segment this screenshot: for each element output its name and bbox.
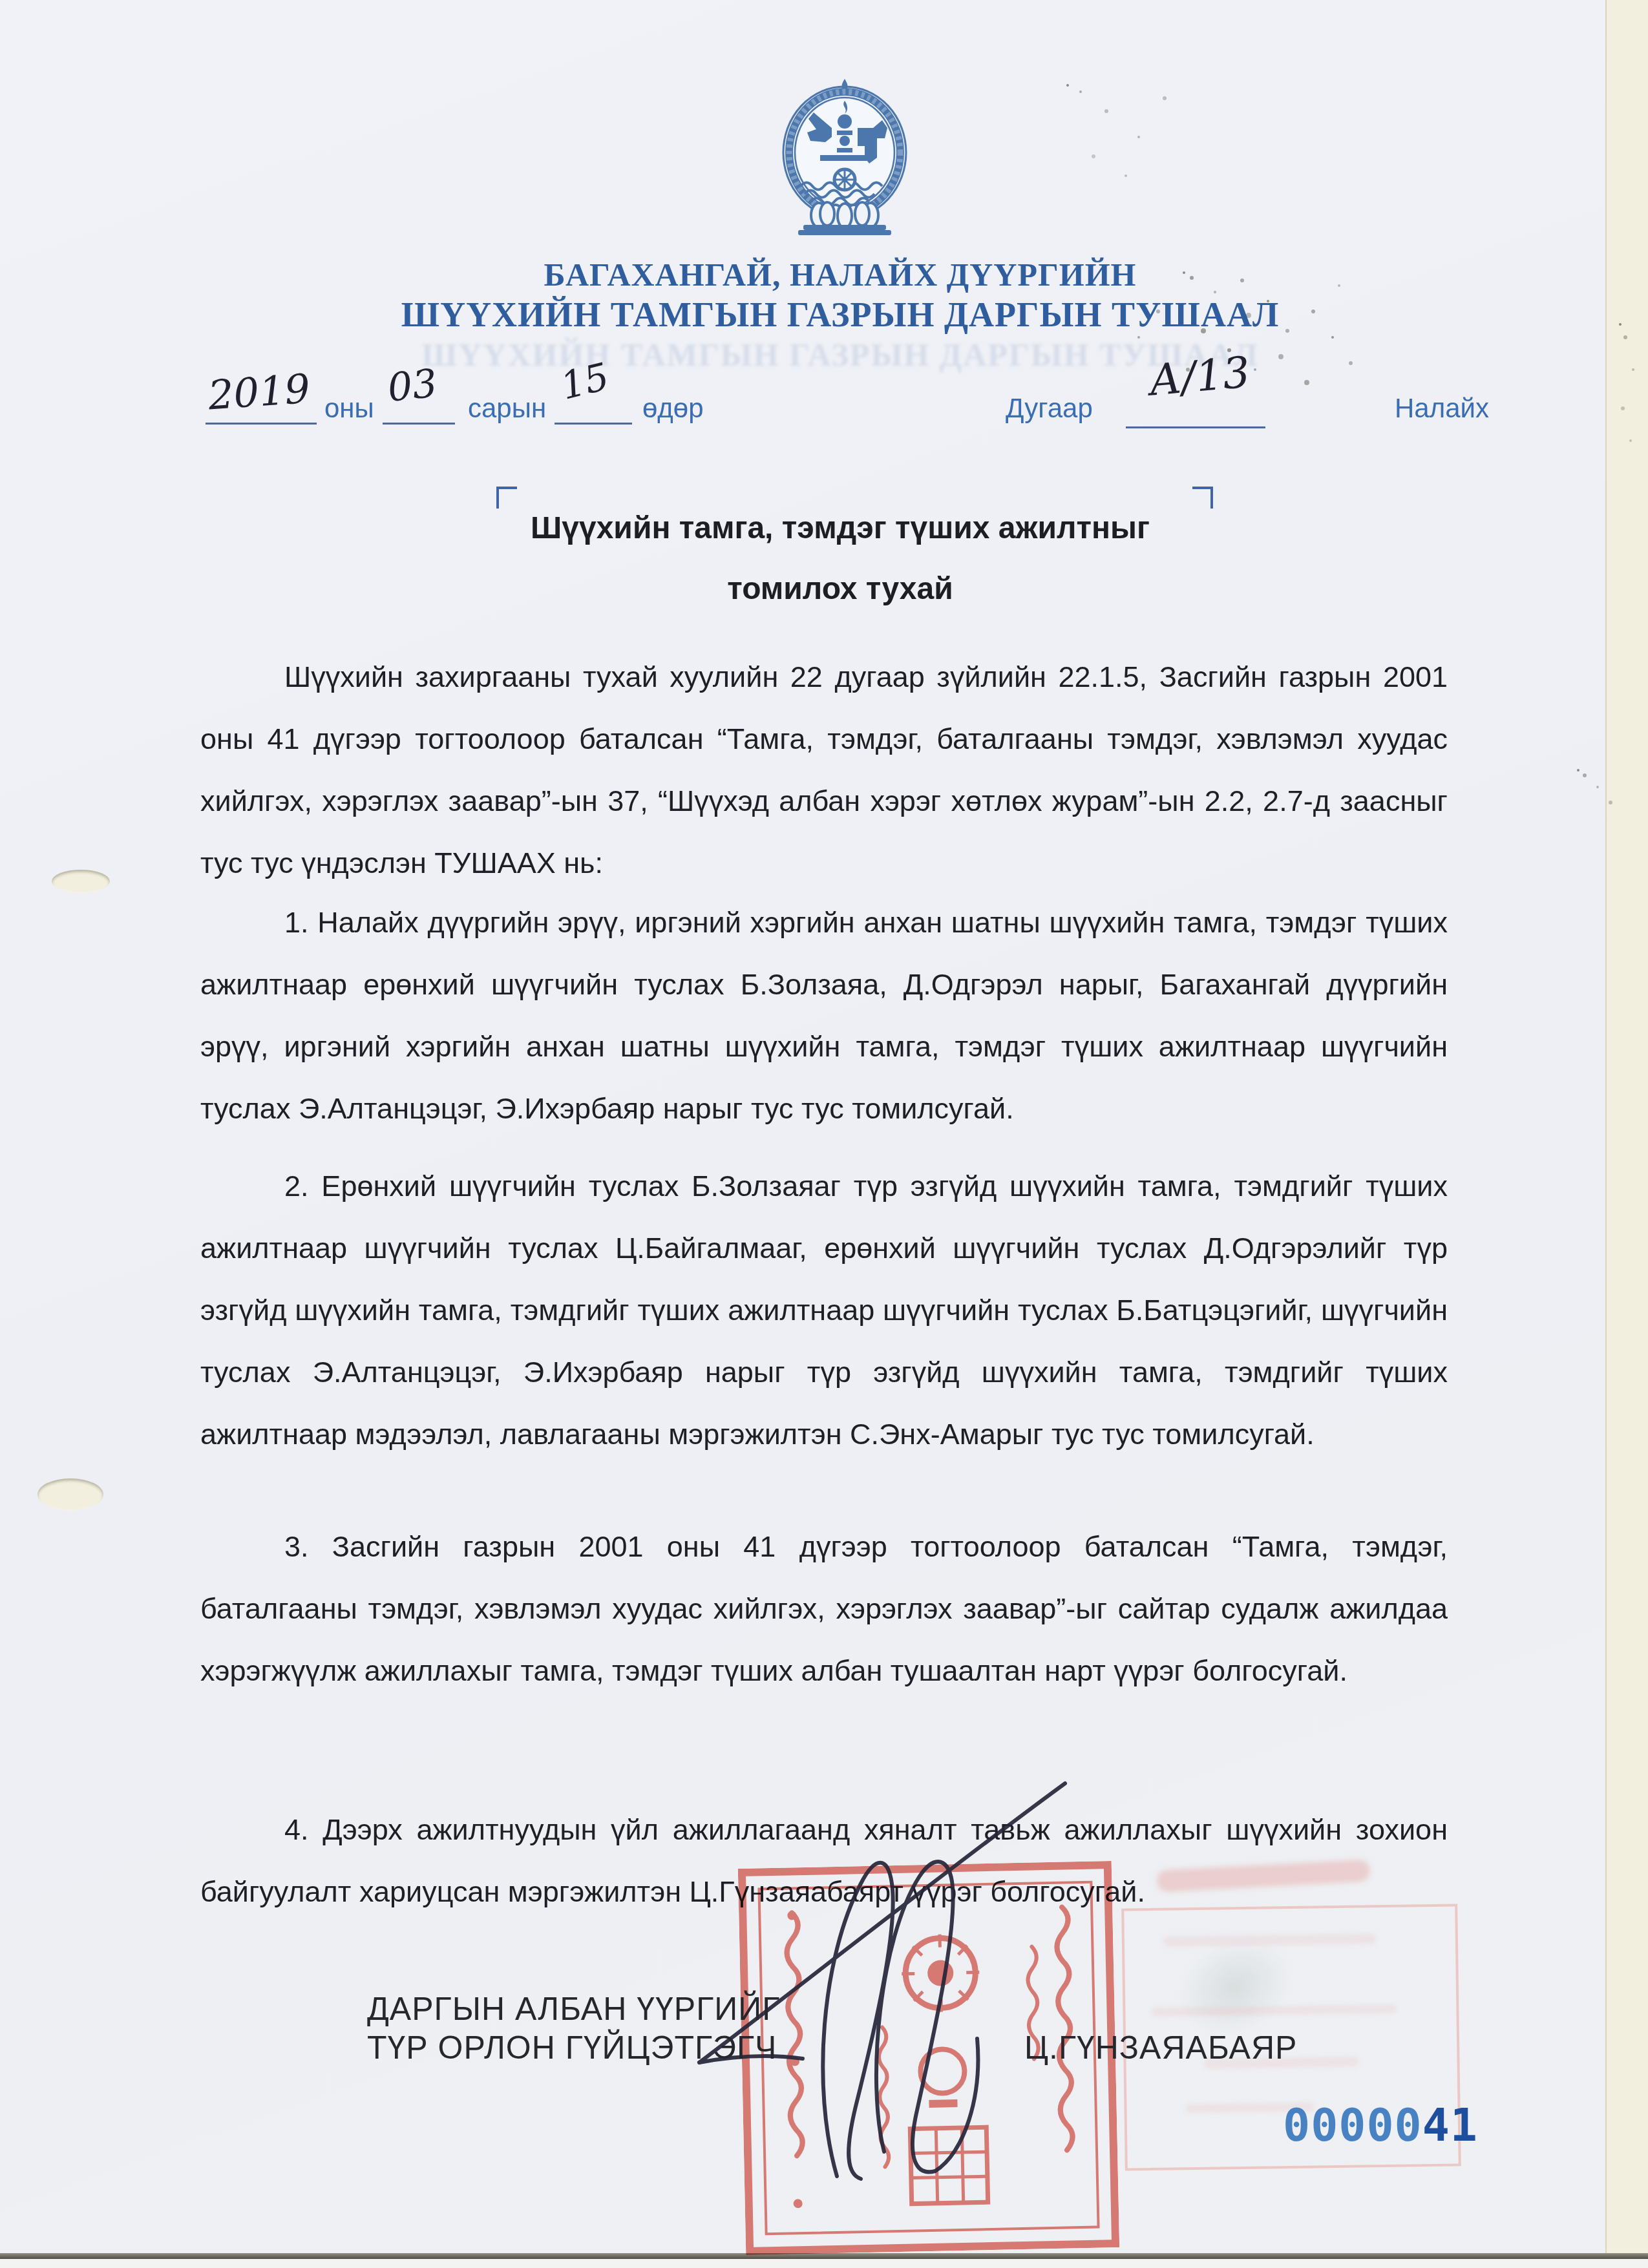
title-bracket-left [496, 487, 517, 509]
org-name-line2: ШҮҮХИЙН ТАМГЫН ГАЗРЫН ДАРГЫН ТУШААЛ [16, 295, 1648, 335]
serial-dark-digits: 41 [1422, 2099, 1478, 2152]
signer-name: Ц.ГҮНЗАЯАБАЯР [1024, 2029, 1297, 2066]
mongolia-state-emblem-icon [779, 78, 911, 235]
number-label: Дугаар [1006, 393, 1093, 424]
location-label: Налайх [1395, 393, 1489, 424]
signer-role-line2: ТҮР ОРЛОН ГҮЙЦЭТГЭГЧ [367, 2029, 777, 2066]
ink-smudge-right-edge [1577, 769, 1579, 772]
ink-smudge-cluster [1183, 271, 1185, 274]
scanned-decree-page: БАГАХАНГАЙ, НАЛАЙХ ДҮҮРГИЙН ШҮҮХИЙН ТАМГ… [0, 0, 1648, 2268]
day-label: өдөр [642, 393, 704, 424]
handwritten-month: 03 [386, 361, 439, 411]
month-underline [383, 423, 455, 425]
number-underline [1126, 426, 1265, 428]
paragraph-item-2: 2. Ерөнхий шүүгчийн туслах Б.Золзаяаг тү… [200, 1155, 1448, 1465]
handwritten-document-number: А/13 [1147, 347, 1252, 405]
ink-smudge-top [1066, 84, 1069, 87]
serial-light-digits: 00000 [1283, 2099, 1422, 2152]
paper-bottom-edge [0, 2253, 1648, 2259]
day-underline [555, 423, 632, 425]
title-bracket-right [1192, 487, 1213, 509]
org-name-line1: БАГАХАНГАЙ, НАЛАЙХ ДҮҮРГИЙН [16, 256, 1648, 293]
decree-title-line1: Шүүхийн тамга, тэмдэг түших ажилтныг [16, 510, 1648, 546]
punch-hole-bottom [37, 1478, 103, 1511]
month-label: сарын [468, 393, 546, 424]
stamped-serial-number: 0000041 [1283, 2099, 1478, 2152]
paragraph-item-3: 3. Засгийн газрын 2001 оны 41 дүгээр тог… [200, 1516, 1448, 1702]
decree-title-line2: томилох тухай [16, 571, 1648, 607]
ink-smudge-scanner-strip [1619, 323, 1622, 326]
scanner-bed [0, 2259, 1648, 2268]
signer-role-line1: ДАРГЫН АЛБАН ҮҮРГИЙГ [367, 1990, 780, 2028]
paragraph-item-1: 1. Налайх дүүргийн эрүү, иргэний хэргийн… [200, 892, 1448, 1140]
handwritten-year: 2019 [207, 365, 312, 419]
year-label: оны [324, 393, 374, 424]
year-underline [206, 423, 317, 425]
punch-hole-top [52, 870, 110, 893]
paragraph-preamble: Шүүхийн захиргааны тухай хуулийн 22 дуга… [200, 646, 1448, 894]
